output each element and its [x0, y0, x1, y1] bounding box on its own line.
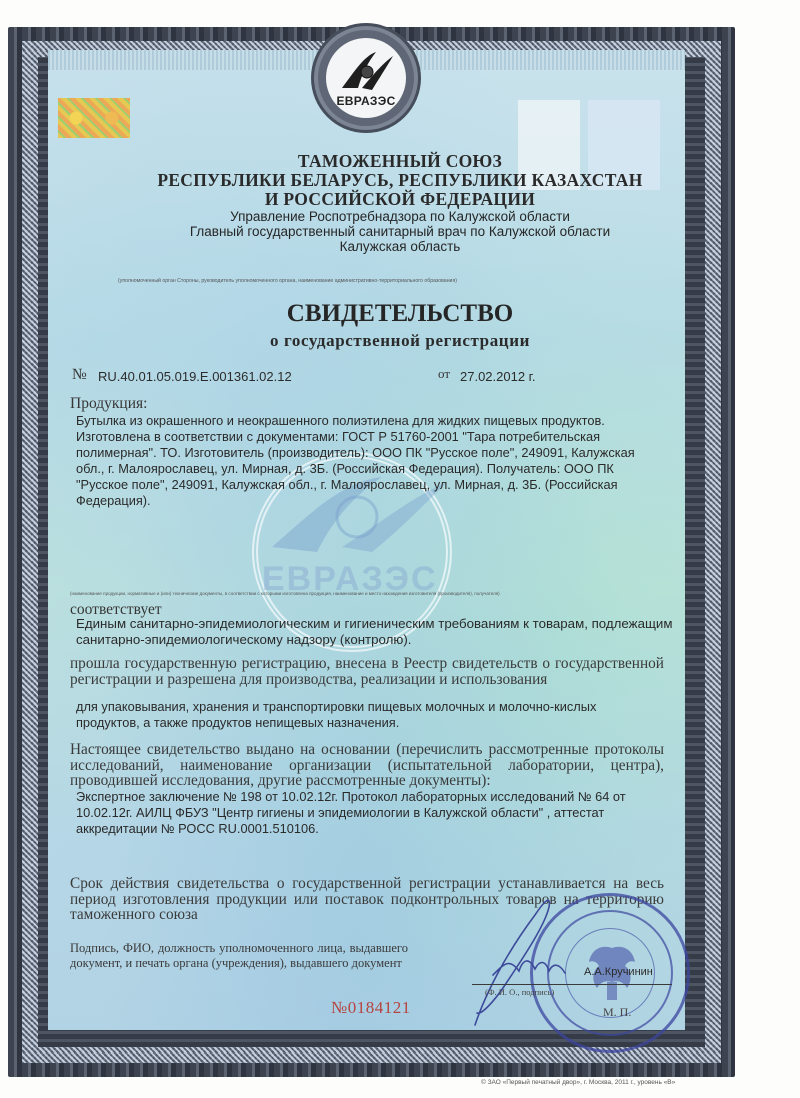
basis-text: Настоящее свидетельство выдано на основа…	[70, 742, 664, 789]
registration-statement: прошла государственную регистрацию, внес…	[70, 656, 664, 687]
certificate-title: СВИДЕТЕЛЬСТВО	[0, 300, 800, 328]
product-caption: (наименование продукции, нормативные и (…	[70, 591, 500, 596]
stamp-mark: М. П.	[603, 1005, 631, 1020]
signature-block-label: Подпись, ФИО, должность уполномоченного …	[70, 941, 408, 971]
union-line-3: И РОССИЙСКОЙ ФЕДЕРАЦИИ	[0, 189, 800, 210]
emblem-text: ЕВРАЗЭС	[336, 94, 395, 108]
basis-details: Экспертное заключение № 198 от 10.02.12г…	[76, 789, 636, 837]
hologram-sticker	[58, 98, 130, 138]
authority-line-3: Калужская область	[0, 239, 800, 254]
union-line-2: РЕСПУБЛИКИ БЕЛАРУСЬ, РЕСПУБЛИКИ КАЗАХСТА…	[0, 170, 800, 191]
usage-text: для упаковывания, хранения и транспортир…	[76, 699, 646, 731]
authority-line-2: Главный государственный санитарный врач …	[0, 224, 800, 239]
date-label: от	[438, 366, 450, 382]
evrazes-emblem: ЕВРАЗЭС	[318, 30, 414, 126]
signer-name: А.А.Кручинин	[584, 966, 653, 978]
registration-number: RU.40.01.05.019.Е.001361.02.12	[98, 369, 292, 384]
number-label: №	[72, 366, 87, 384]
compliance-text: Единым санитарно-эпидемиологическим и ги…	[76, 616, 676, 648]
certificate-subtitle: о государственной регистрации	[0, 331, 800, 351]
handwritten-signature-icon	[445, 885, 595, 1035]
evrazes-logo-icon	[340, 48, 394, 92]
authority-caption: (уполномоченный орган Стороны, руководит…	[118, 278, 457, 284]
signature-line	[472, 984, 672, 985]
fio-caption: (Ф. И. О., подпись)	[485, 987, 554, 997]
blank-serial-number: №0184121	[331, 998, 411, 1018]
union-line-1: ТАМОЖЕННЫЙ СОЮЗ	[0, 151, 800, 172]
registration-date: 27.02.2012 г.	[460, 369, 535, 384]
product-description: Бутылка из окрашенного и неокрашенного п…	[76, 413, 656, 509]
product-label: Продукция:	[70, 395, 147, 413]
authority-line-1: Управление Роспотребнадзора по Калужской…	[0, 209, 800, 224]
printer-footer: © ЗАО «Первый печатный двор», г. Москва,…	[481, 1079, 675, 1086]
